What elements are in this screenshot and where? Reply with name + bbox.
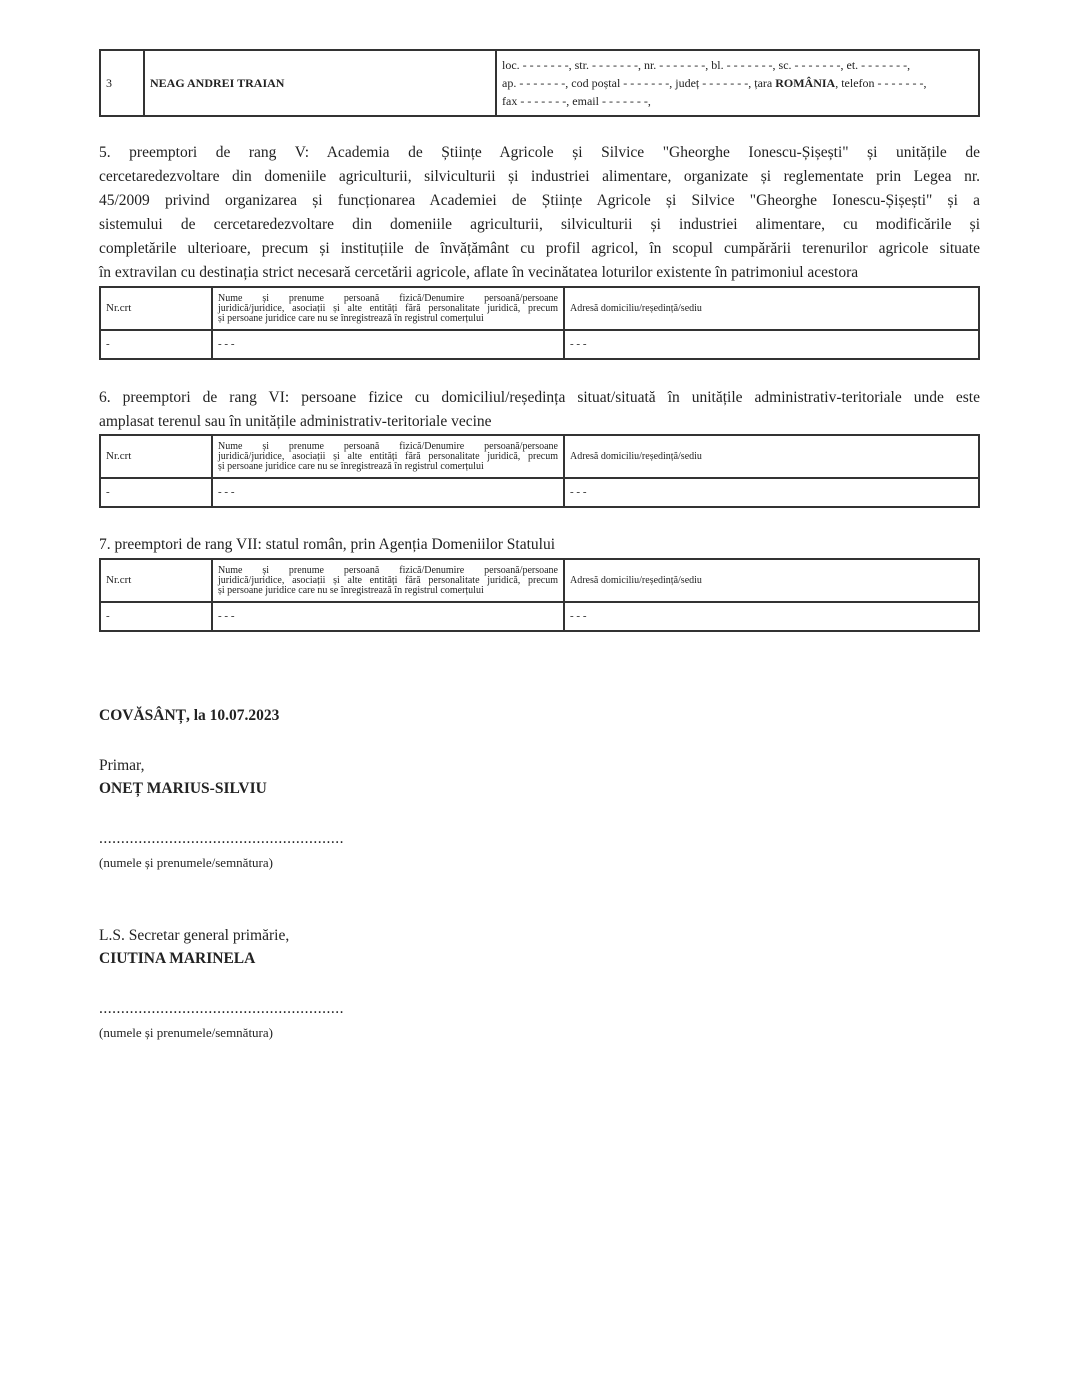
table-row: - - - - - - -: [100, 478, 979, 507]
rank-vii-table: Nr.crt Nume și prenume persoană fizică/D…: [99, 558, 980, 632]
row-number: 3: [100, 50, 144, 116]
address-part: , telefon - - - - - - -,: [835, 76, 926, 90]
header-line: Nume și prenume persoană fizică/Denumire…: [218, 294, 558, 304]
paragraph-line: 7. preemptori de rang VII: statul român,…: [99, 533, 980, 557]
header-address: Adresă domiciliu/reședință/sediu: [564, 559, 979, 602]
cell-name: - - -: [212, 478, 564, 507]
header-line: și persoane juridice care nu se înregist…: [218, 462, 558, 472]
table-row: - - - - - - -: [100, 602, 979, 631]
header-name: Nume și prenume persoană fizică/Denumire…: [212, 287, 564, 330]
address-part: ap. - - - - - - -, cod poștal - - - - - …: [502, 76, 775, 90]
header-address: Adresă domiciliu/reședință/sediu: [564, 435, 979, 478]
rank-vii-paragraph: 7. preemptori de rang VII: statul român,…: [99, 533, 980, 557]
header-name: Nume și prenume persoană fizică/Denumire…: [212, 435, 564, 478]
paragraph-line: completările ulterioare, precum și insti…: [99, 237, 980, 261]
paragraph-line: amplasat terenul sau în unitățile admini…: [99, 410, 980, 434]
cell-nr: -: [100, 602, 212, 631]
paragraph-line: 5. preemptori de rang V: Academia de Ști…: [99, 141, 980, 165]
address-line-1: loc. - - - - - - -, str. - - - - - - -, …: [502, 56, 973, 74]
table-header-row: Nr.crt Nume și prenume persoană fizică/D…: [100, 559, 979, 602]
header-address: Adresă domiciliu/reședință/sediu: [564, 287, 979, 330]
header-nr: Nr.crt: [100, 287, 212, 330]
secretary-signature-caption: (numele și prenumele/semnătura): [99, 1022, 273, 1044]
preemptors-rank-iv-table: 3 NEAG ANDREI TRAIAN loc. - - - - - - -,…: [99, 49, 980, 117]
paragraph-line: cercetaredezvoltare din domeniile agricu…: [99, 165, 980, 189]
paragraph-line: în extravilan cu destinația strict neces…: [99, 261, 980, 285]
mayor-title: Primar,: [99, 755, 144, 777]
header-line: juridică/juridice, asociații și alte ent…: [218, 304, 558, 314]
country: ROMÂNIA: [775, 76, 835, 90]
header-nr: Nr.crt: [100, 435, 212, 478]
table-header-row: Nr.crt Nume și prenume persoană fizică/D…: [100, 287, 979, 330]
cell-address: - - -: [564, 602, 979, 631]
table-header-row: Nr.crt Nume și prenume persoană fizică/D…: [100, 435, 979, 478]
place-date: COVĂSÂNȚ, la 10.07.2023: [99, 705, 279, 727]
header-line: juridică/juridice, asociații și alte ent…: [218, 576, 558, 586]
cell-address: - - -: [564, 478, 979, 507]
person-name: NEAG ANDREI TRAIAN: [144, 50, 496, 116]
secretary-title: L.S. Secretar general primărie,: [99, 925, 289, 947]
header-line: Nume și prenume persoană fizică/Denumire…: [218, 442, 558, 452]
person-address: loc. - - - - - - -, str. - - - - - - -, …: [496, 50, 979, 116]
cell-name: - - -: [212, 330, 564, 359]
mayor-signature-line: ........................................…: [99, 828, 344, 850]
paragraph-line: 6. preemptori de rang VI: persoane fizic…: [99, 386, 980, 410]
rank-vi-table: Nr.crt Nume și prenume persoană fizică/D…: [99, 434, 980, 508]
cell-address: - - -: [564, 330, 979, 359]
cell-nr: -: [100, 478, 212, 507]
secretary-name: CIUTINA MARINELA: [99, 948, 255, 970]
header-line: juridică/juridice, asociații și alte ent…: [218, 452, 558, 462]
paragraph-line: sistemului de cercetaredezvoltare din do…: [99, 213, 980, 237]
header-line: și persoane juridice care nu se înregist…: [218, 314, 558, 324]
rank-v-table: Nr.crt Nume și prenume persoană fizică/D…: [99, 286, 980, 360]
header-line: și persoane juridice care nu se înregist…: [218, 586, 558, 596]
table-row: - - - - - - -: [100, 330, 979, 359]
cell-nr: -: [100, 330, 212, 359]
header-nr: Nr.crt: [100, 559, 212, 602]
cell-name: - - -: [212, 602, 564, 631]
header-line: Nume și prenume persoană fizică/Denumire…: [218, 566, 558, 576]
mayor-signature-caption: (numele și prenumele/semnătura): [99, 852, 273, 874]
address-line-2: ap. - - - - - - -, cod poștal - - - - - …: [502, 74, 973, 92]
rank-v-paragraph: 5. preemptori de rang V: Academia de Ști…: [99, 141, 980, 285]
mayor-name: ONEȚ MARIUS-SILVIU: [99, 778, 267, 800]
table-row: 3 NEAG ANDREI TRAIAN loc. - - - - - - -,…: [100, 50, 979, 116]
address-line-3: fax - - - - - - -, email - - - - - - -,: [502, 92, 973, 110]
secretary-signature-line: ........................................…: [99, 998, 344, 1020]
header-name: Nume și prenume persoană fizică/Denumire…: [212, 559, 564, 602]
rank-vi-paragraph: 6. preemptori de rang VI: persoane fizic…: [99, 386, 980, 434]
paragraph-line: 45/2009 privind organizarea și funcționa…: [99, 189, 980, 213]
